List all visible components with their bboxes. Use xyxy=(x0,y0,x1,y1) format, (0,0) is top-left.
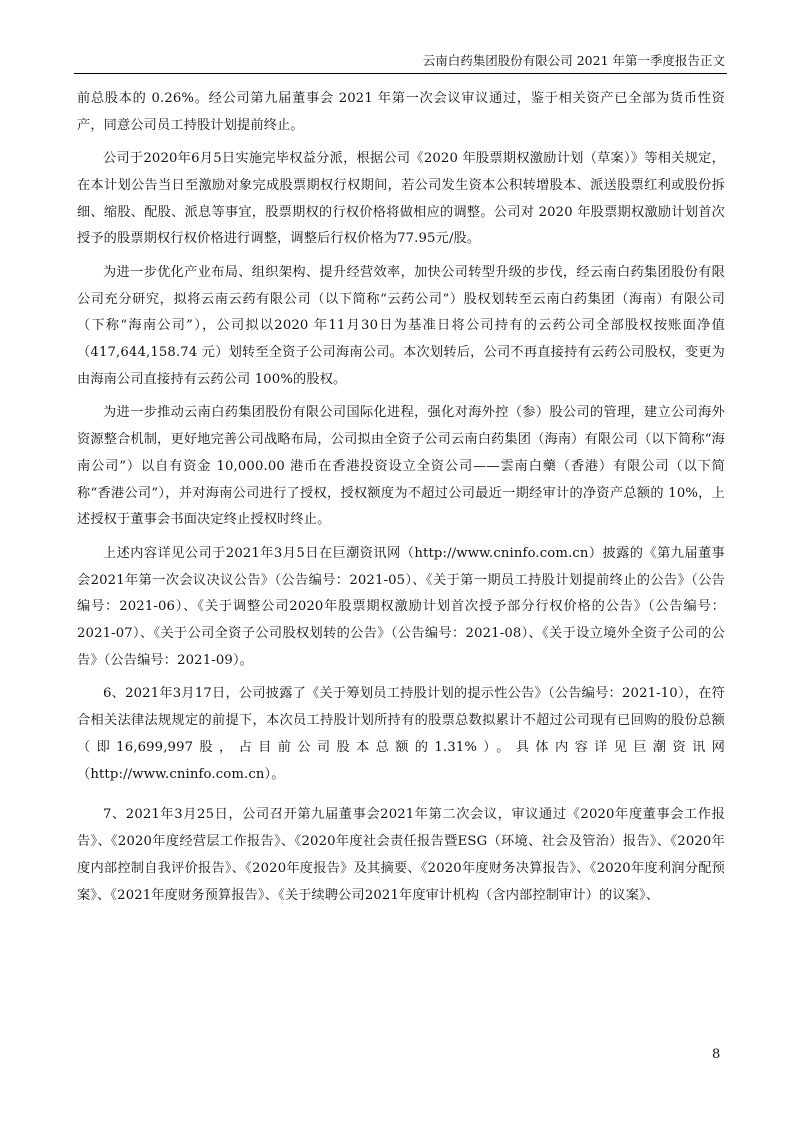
paragraph-announcement-references: 上述内容详见公司于2021年3月5日在巨潮资讯网（http://www.cnin… xyxy=(77,541,725,675)
paragraph-equity-transfer: 为进一步优化产业布局、组织架构、提升经营效率，加快公司转型升级的步伐，经云南白药… xyxy=(77,260,725,394)
report-title: 云南白药集团股份有限公司 2021 年第一季度报告正文 xyxy=(423,53,727,68)
paragraph-hk-subsidiary: 为进一步推动云南白药集团股份有限公司国际化进程，强化对海外控（参）股公司的管理，… xyxy=(77,400,725,534)
document-body: 前总股本的 0.26%。经公司第九届董事会 2021 年第一次会议审议通过，鉴于… xyxy=(77,86,725,916)
page-header: 云南白药集团股份有限公司 2021 年第一季度报告正文 xyxy=(74,52,727,74)
paragraph-option-price-adjustment: 公司于2020年6月5日实施完毕权益分派，根据公司《2020 年股票期权激励计划… xyxy=(77,146,725,253)
paragraph-esop-termination: 前总股本的 0.26%。经公司第九届董事会 2021 年第一次会议审议通过，鉴于… xyxy=(77,86,725,140)
page-number: 8 xyxy=(712,1047,720,1062)
paragraph-item-7: 7、2021年3月25日，公司召开第九届董事会2021年第二次会议，审议通过《2… xyxy=(77,802,725,909)
paragraph-item-6: 6、2021年3月17日，公司披露了《关于筹划员工持股计划的提示性公告》（公告编… xyxy=(77,681,725,788)
